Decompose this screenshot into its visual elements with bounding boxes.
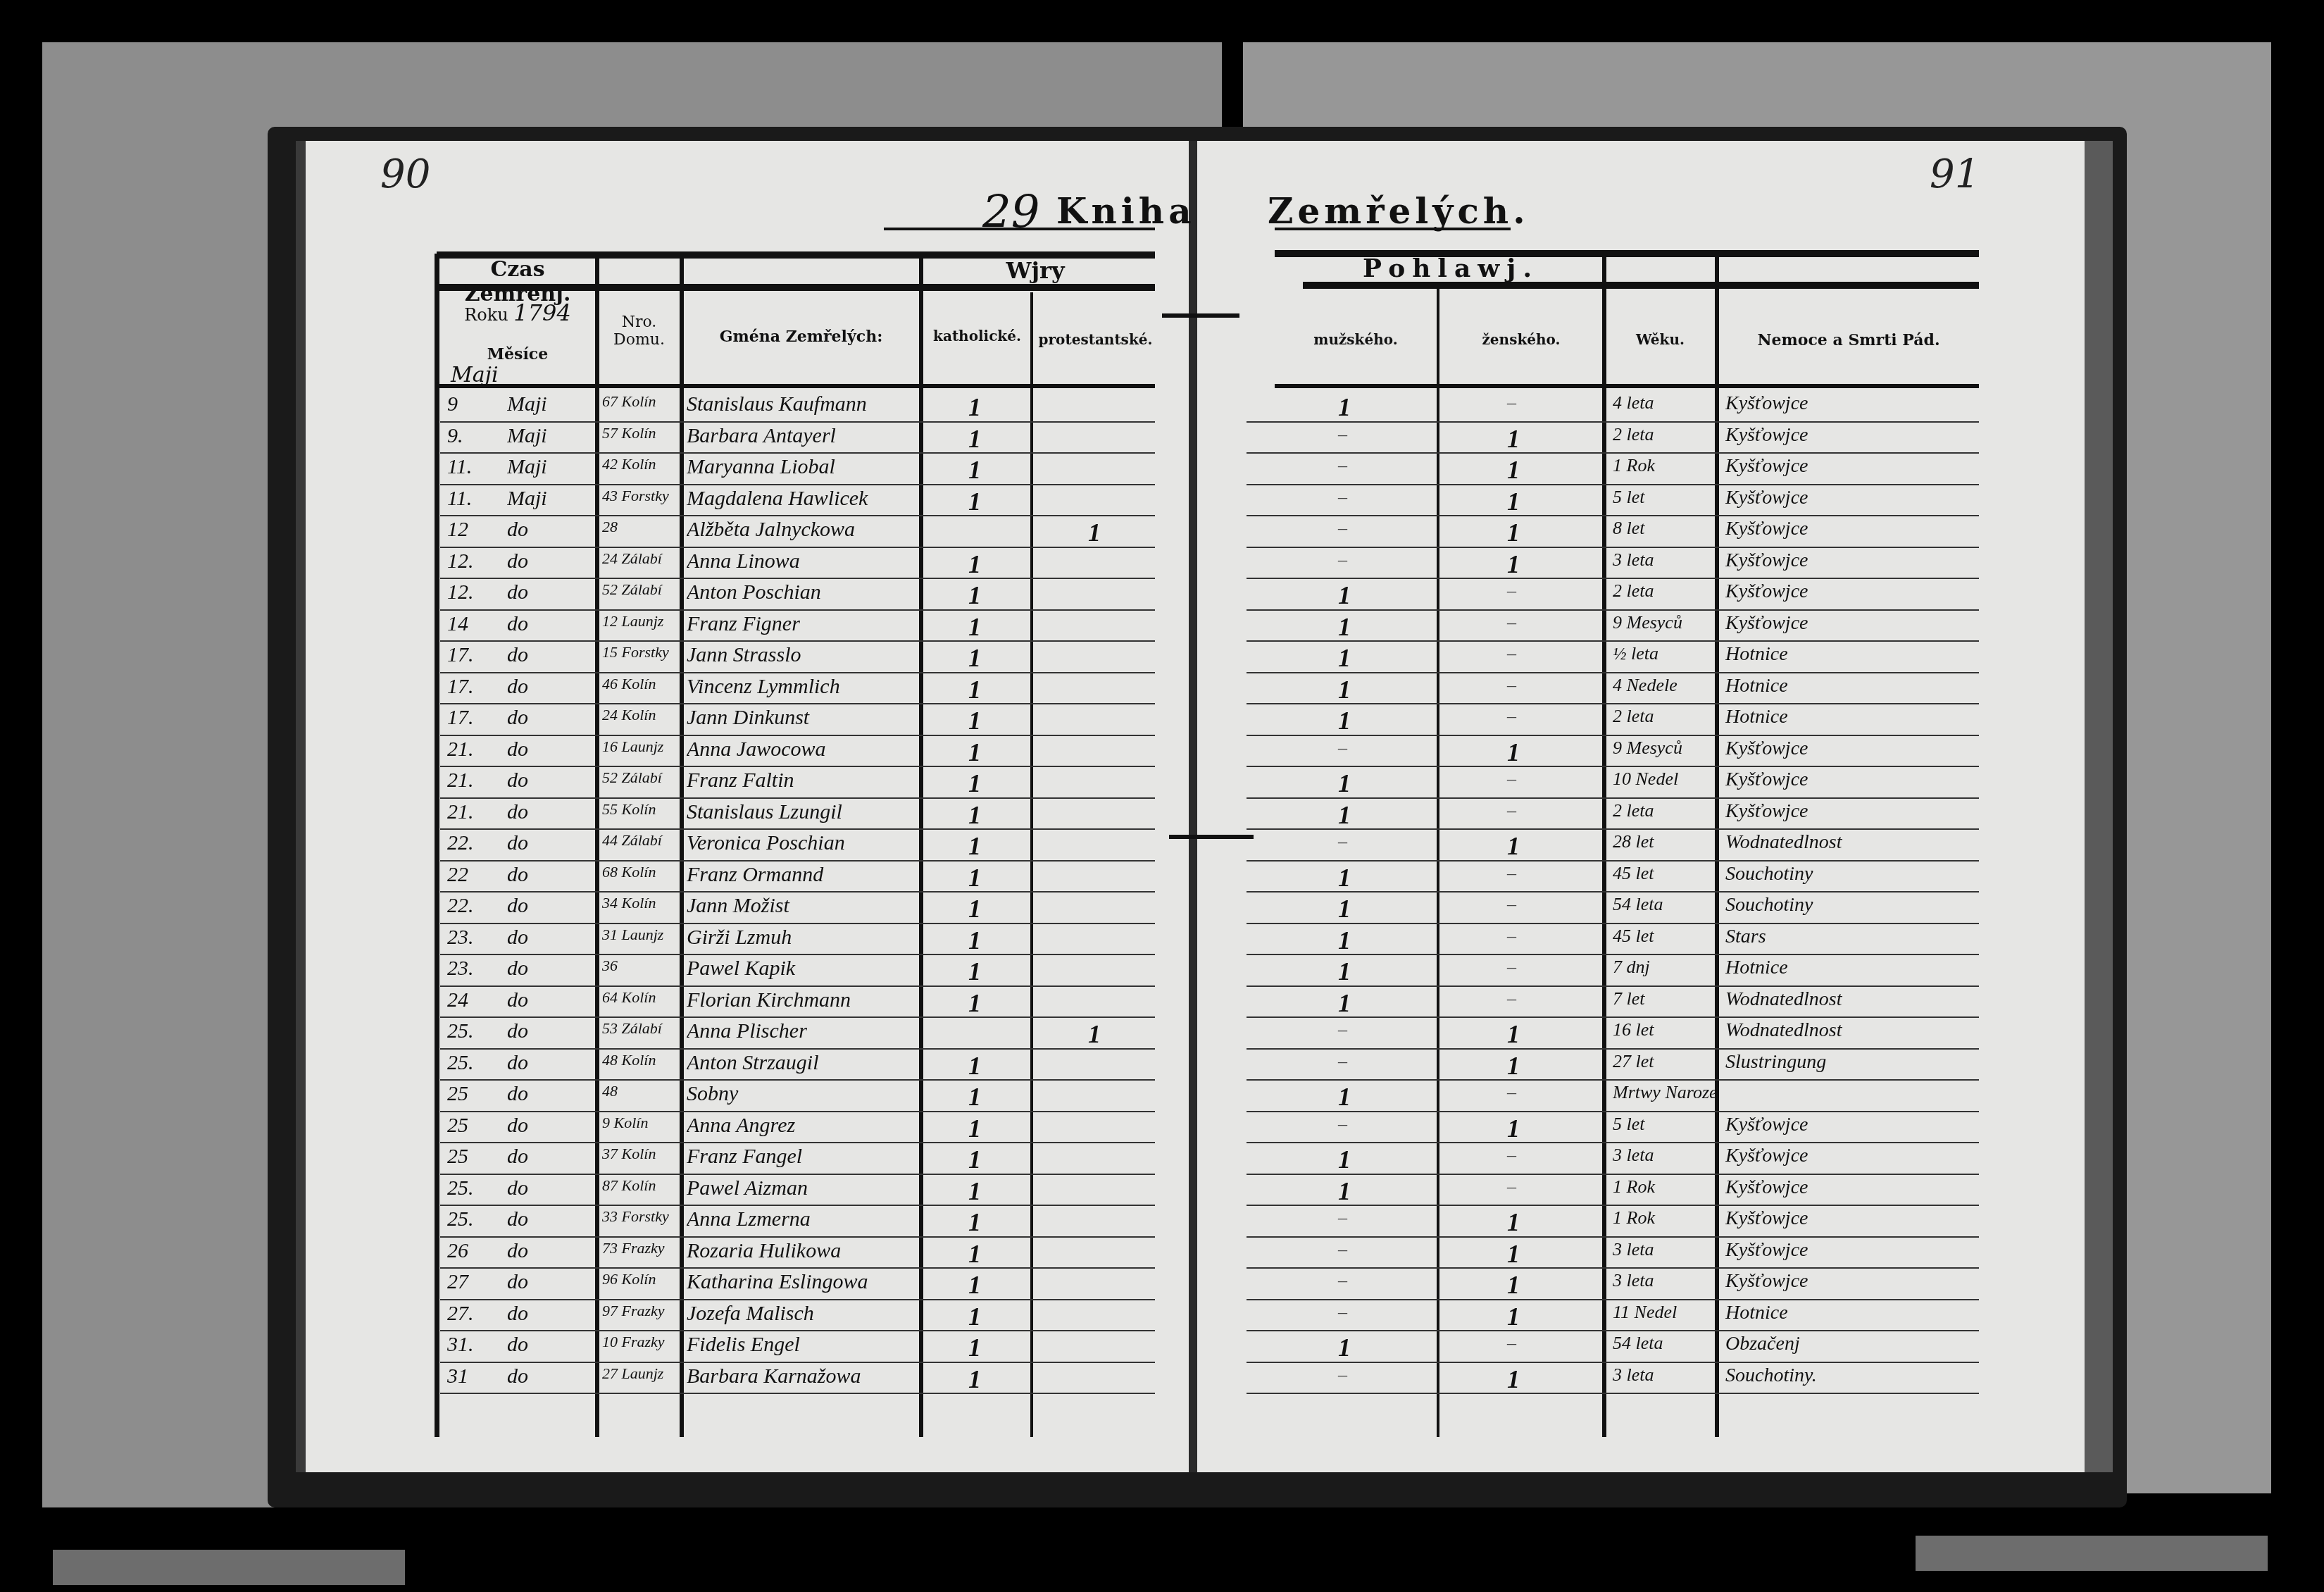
left-table-body-rule (437, 384, 1155, 388)
row-cause: Kyšťowjce (1725, 549, 1965, 572)
col-divider-catholic (919, 254, 923, 1437)
row-cause: Obzačenj (1725, 1333, 1965, 1355)
row-month: Maji (507, 424, 592, 448)
row-rule-left (440, 1267, 1155, 1269)
row-name: Magdalena Hawlicek (687, 487, 919, 511)
row-name: Pawel Aizman (687, 1176, 919, 1200)
row-female-mark: 1 (1507, 831, 1528, 861)
row-male-mark: 1 (1338, 926, 1359, 955)
row-age: 16 let (1613, 1019, 1715, 1040)
row-rule-left (440, 515, 1155, 516)
row-cause: Kyšťowjce (1725, 800, 1965, 823)
row-house: 52 Zálabí (602, 769, 680, 787)
header-month: Měsíce (440, 345, 595, 363)
row-rule-left (440, 828, 1155, 830)
row-house: 96 Kolín (602, 1270, 680, 1288)
row-age: 4 leta (1613, 392, 1715, 413)
header-year: Roku 1794 (440, 299, 595, 326)
row-name: Barbara Karnažowa (687, 1364, 919, 1388)
row-female-mark: – (1507, 643, 1528, 664)
row-rule-left (440, 1299, 1155, 1300)
row-cause: Kyšťowjce (1725, 424, 1965, 447)
row-female-mark: – (1507, 1333, 1528, 1354)
row-male-mark: 1 (1338, 957, 1359, 986)
row-female-mark: 1 (1507, 1364, 1528, 1394)
row-day: 31. (447, 1333, 496, 1357)
row-female-mark: – (1507, 800, 1528, 821)
row-male-mark: – (1338, 1270, 1359, 1291)
row-catholic-mark: 1 (968, 1114, 989, 1143)
row-month: do (507, 1145, 592, 1169)
row-male-mark: – (1338, 831, 1359, 852)
row-rule-right (1247, 1267, 1979, 1269)
row-name: Sobny (687, 1082, 919, 1106)
row-catholic-mark: 1 (968, 455, 989, 485)
row-female-mark: – (1507, 580, 1528, 602)
row-protestant-mark: 1 (1088, 518, 1109, 547)
row-rule-left (440, 1142, 1155, 1143)
row-female-mark: 1 (1507, 518, 1528, 547)
row-day: 17. (447, 643, 496, 667)
row-male-mark: – (1338, 1239, 1359, 1260)
row-male-mark: 1 (1338, 706, 1359, 735)
row-catholic-mark: 1 (968, 612, 989, 642)
row-catholic-mark: 1 (968, 392, 989, 422)
row-name: Florian Kirchmann (687, 988, 919, 1012)
row-name: Anna Angrez (687, 1114, 919, 1138)
binding-thread-middle (1169, 835, 1254, 839)
row-day: 17. (447, 706, 496, 730)
row-rule-left (440, 985, 1155, 987)
row-age: 3 leta (1613, 1239, 1715, 1260)
row-name: Stanislaus Lzungil (687, 800, 919, 824)
row-month: do (507, 863, 592, 887)
row-month: do (507, 894, 592, 918)
row-month: do (507, 769, 592, 792)
row-age: 54 leta (1613, 894, 1715, 915)
row-name: Vincenz Lymmlich (687, 675, 919, 699)
row-house: 24 Kolín (602, 706, 680, 724)
row-name: Barbara Antayerl (687, 424, 919, 448)
row-age: 7 dnj (1613, 957, 1715, 978)
row-female-mark: 1 (1507, 1051, 1528, 1081)
row-name: Girži Lzmuh (687, 926, 919, 950)
row-name: Fidelis Engel (687, 1333, 919, 1357)
row-rule-right (1247, 578, 1979, 579)
year-value: 1794 (513, 299, 570, 326)
row-house: 33 Forstky (602, 1207, 680, 1226)
row-house: 48 Kolín (602, 1051, 680, 1069)
row-age: ½ leta (1613, 643, 1715, 664)
row-age: 1 Rok (1613, 455, 1715, 476)
row-day: 21. (447, 738, 496, 761)
row-day: 25 (447, 1082, 496, 1106)
header-faith: Wjry (919, 257, 1151, 284)
row-house: 16 Launjz (602, 738, 680, 756)
row-age: 3 leta (1613, 1270, 1715, 1291)
row-rule-left (440, 891, 1155, 893)
row-age: 1 Rok (1613, 1176, 1715, 1198)
row-day: 26 (447, 1239, 496, 1263)
row-rule-left (440, 421, 1155, 423)
row-cause: Kyšťowjce (1725, 769, 1965, 791)
row-month: do (507, 518, 592, 542)
row-age: 4 Nedele (1613, 675, 1715, 696)
row-male-mark: 1 (1338, 580, 1359, 610)
row-rule-left (440, 452, 1155, 454)
row-rule-right (1247, 484, 1979, 485)
row-female-mark: 1 (1507, 455, 1528, 485)
row-cause: Hotnice (1725, 706, 1965, 728)
row-cause: Slustringung (1725, 1051, 1965, 1074)
row-rule-right (1247, 452, 1979, 454)
folio-right: 91 (1930, 151, 1980, 197)
header-names: Gména Zemřelých: (683, 328, 919, 346)
row-rule-left (440, 1362, 1155, 1363)
row-day: 11. (447, 487, 496, 511)
row-male-mark: – (1338, 1114, 1359, 1135)
row-rule-right (1247, 1330, 1979, 1331)
row-catholic-mark: 1 (968, 800, 989, 830)
row-male-mark: 1 (1338, 1082, 1359, 1112)
row-day: 25 (447, 1114, 496, 1138)
row-female-mark: – (1507, 926, 1528, 947)
row-female-mark: 1 (1507, 738, 1528, 767)
row-rule-left (440, 703, 1155, 704)
row-day: 27. (447, 1302, 496, 1326)
row-male-mark: 1 (1338, 800, 1359, 830)
row-month: do (507, 957, 592, 981)
row-month: Maji (507, 392, 592, 416)
binding-thread-top (1162, 313, 1239, 318)
row-month: do (507, 1333, 592, 1357)
row-name: Maryanna Liobal (687, 455, 919, 479)
row-house: 67 Kolín (602, 392, 680, 411)
row-rule-right (1247, 1299, 1979, 1300)
row-catholic-mark: 1 (968, 1364, 989, 1394)
row-house: 97 Frazky (602, 1302, 680, 1320)
row-female-mark: 1 (1507, 1239, 1528, 1269)
row-rule-left (440, 797, 1155, 799)
row-name: Jann Dinkunst (687, 706, 919, 730)
row-age: 3 leta (1613, 1364, 1715, 1386)
row-rule-right (1247, 1393, 1979, 1394)
row-rule-left (440, 735, 1155, 736)
row-house: 44 Zálabí (602, 831, 680, 850)
row-month: do (507, 1019, 592, 1043)
row-day: 25. (447, 1019, 496, 1043)
row-female-mark: 1 (1507, 1114, 1528, 1143)
row-catholic-mark: 1 (968, 1270, 989, 1300)
row-rule-left (440, 1111, 1155, 1112)
row-name: Franz Faltin (687, 769, 919, 792)
header-cause: Nemoce a Smrti Pád. (1718, 331, 1979, 349)
row-cause: Kyšťowjce (1725, 580, 1965, 603)
row-age: 27 let (1613, 1051, 1715, 1072)
row-rule-right (1247, 1048, 1979, 1050)
row-day: 12. (447, 580, 496, 604)
col-divider-protestant (1030, 292, 1033, 1437)
row-house: 24 Zálabí (602, 549, 680, 568)
row-rule-right (1247, 547, 1979, 548)
row-rule-right (1247, 766, 1979, 767)
row-age: Mrtwy Narozeno (1613, 1082, 1715, 1103)
row-month: do (507, 988, 592, 1012)
row-cause: Wodnatedlnost (1725, 1019, 1965, 1042)
row-month: do (507, 1176, 592, 1200)
row-name: Franz Fangel (687, 1145, 919, 1169)
row-male-mark: 1 (1338, 675, 1359, 704)
row-name: Franz Figner (687, 612, 919, 636)
row-catholic-mark: 1 (968, 424, 989, 454)
row-rule-left (440, 484, 1155, 485)
row-age: 2 leta (1613, 580, 1715, 602)
row-house: 43 Forstky (602, 487, 680, 505)
row-cause: Kyšťowjce (1725, 1145, 1965, 1167)
row-month: do (507, 1051, 592, 1075)
row-male-mark: 1 (1338, 392, 1359, 422)
row-female-mark: – (1507, 957, 1528, 978)
header-catholic: katholické. (923, 328, 1032, 344)
row-month: do (507, 831, 592, 855)
row-month: Maji (507, 455, 592, 479)
row-age: 54 leta (1613, 1333, 1715, 1354)
row-rule-left (440, 1330, 1155, 1331)
row-month: do (507, 1239, 592, 1263)
row-cause: Wodnatedlnost (1725, 831, 1965, 854)
row-month: do (507, 706, 592, 730)
row-age: 45 let (1613, 926, 1715, 947)
row-house: 73 Frazky (602, 1239, 680, 1257)
row-male-mark: – (1338, 424, 1359, 445)
row-rule-left (440, 923, 1155, 924)
row-male-mark: 1 (1338, 1145, 1359, 1174)
row-protestant-mark: 1 (1088, 1019, 1109, 1049)
row-month: do (507, 612, 592, 636)
row-catholic-mark: 1 (968, 580, 989, 610)
row-male-mark: 1 (1338, 1176, 1359, 1206)
row-catholic-mark: 1 (968, 894, 989, 924)
row-rule-left (440, 578, 1155, 579)
row-catholic-mark: 1 (968, 487, 989, 516)
row-catholic-mark: 1 (968, 1051, 989, 1081)
row-female-mark: – (1507, 706, 1528, 727)
row-rule-left (440, 640, 1155, 642)
row-day: 21. (447, 800, 496, 824)
title-left-word: Kniha (1056, 190, 1196, 232)
scale-ruler-right (1916, 1536, 2268, 1571)
row-female-mark: – (1507, 675, 1528, 696)
row-catholic-mark: 1 (968, 706, 989, 735)
row-cause: Kyšťowjce (1725, 455, 1965, 478)
row-age: 9 Mesyců (1613, 738, 1715, 759)
row-house: 27 Launjz (602, 1364, 680, 1383)
row-rule-right (1247, 1079, 1979, 1081)
row-female-mark: 1 (1507, 487, 1528, 516)
row-house: 28 (602, 518, 680, 536)
row-rule-left (440, 860, 1155, 862)
right-table-body-rule (1275, 384, 1979, 388)
left-table-border (435, 254, 439, 1437)
row-day: 24 (447, 988, 496, 1012)
row-male-mark: – (1338, 455, 1359, 476)
row-catholic-mark: 1 (968, 1082, 989, 1112)
row-cause: Kyšťowjce (1725, 487, 1965, 509)
row-month: do (507, 1302, 592, 1326)
row-rule-left (440, 1205, 1155, 1206)
row-house: 15 Forstky (602, 643, 680, 661)
row-month: do (507, 738, 592, 761)
row-male-mark: 1 (1338, 643, 1359, 673)
row-house: 31 Launjz (602, 926, 680, 944)
row-catholic-mark: 1 (968, 549, 989, 579)
row-age: 3 leta (1613, 1145, 1715, 1166)
row-age: 7 let (1613, 988, 1715, 1009)
row-cause: Hotnice (1725, 643, 1965, 666)
row-female-mark: – (1507, 612, 1528, 633)
row-age: 1 Rok (1613, 1207, 1715, 1229)
row-house: 12 Launjz (602, 612, 680, 630)
row-catholic-mark: 1 (968, 738, 989, 767)
row-house: 64 Kolín (602, 988, 680, 1007)
row-age: 28 let (1613, 831, 1715, 852)
row-cause: Stars (1725, 926, 1965, 948)
row-catholic-mark: 1 (968, 675, 989, 704)
scale-ruler-left (53, 1550, 405, 1585)
row-female-mark: – (1507, 863, 1528, 884)
row-name: Franz Ormannd (687, 863, 919, 887)
row-cause: Kyšťowjce (1725, 392, 1965, 415)
row-rule-left (440, 1174, 1155, 1175)
row-cause: Hotnice (1725, 957, 1965, 979)
row-month: do (507, 1082, 592, 1106)
row-name: Anna Linowa (687, 549, 919, 573)
row-name: Stanislaus Kaufmann (687, 392, 919, 416)
row-rule-right (1247, 1142, 1979, 1143)
row-age: 2 leta (1613, 800, 1715, 821)
row-rule-left (440, 954, 1155, 955)
row-rule-right (1247, 860, 1979, 862)
header-house-no: Nro. Domu. (599, 313, 680, 349)
row-month: do (507, 1364, 592, 1388)
row-day: 9. (447, 424, 496, 448)
row-house: 46 Kolín (602, 675, 680, 693)
row-day: 31 (447, 1364, 496, 1388)
row-day: 9 (447, 392, 496, 416)
row-rule-left (440, 1016, 1155, 1018)
col-divider-female (1437, 289, 1439, 1437)
row-rule-right (1247, 1236, 1979, 1238)
row-catholic-mark: 1 (968, 988, 989, 1018)
row-male-mark: – (1338, 738, 1359, 759)
row-day: 23. (447, 926, 496, 950)
row-house: 10 Frazky (602, 1333, 680, 1351)
row-house: 34 Kolín (602, 894, 680, 912)
row-name: Anna Jawocowa (687, 738, 919, 761)
row-male-mark: – (1338, 1019, 1359, 1040)
header-age: Wěku. (1606, 331, 1715, 348)
row-cause: Kyšťowjce (1725, 1176, 1965, 1199)
row-house: 87 Kolín (602, 1176, 680, 1195)
row-cause: Kyšťowjce (1725, 738, 1965, 760)
row-day: 23. (447, 957, 496, 981)
header-sex: Pohlawj. (1303, 254, 1599, 283)
book-number: 29 (982, 187, 1039, 239)
row-house: 48 (602, 1082, 680, 1100)
header-month-value: Maji (451, 363, 521, 387)
row-house: 9 Kolín (602, 1114, 680, 1132)
col-divider-name (680, 254, 684, 1437)
row-catholic-mark: 1 (968, 863, 989, 893)
row-male-mark: – (1338, 549, 1359, 571)
row-rule-left (440, 1236, 1155, 1238)
row-female-mark: 1 (1507, 1302, 1528, 1331)
row-catholic-mark: 1 (968, 1145, 989, 1174)
row-age: 2 leta (1613, 424, 1715, 445)
row-day: 22 (447, 863, 496, 887)
row-cause: Hotnice (1725, 1302, 1965, 1324)
row-day: 17. (447, 675, 496, 699)
row-catholic-mark: 1 (968, 1302, 989, 1331)
header-protestant: protestantské. (1034, 331, 1157, 348)
title-underline-right (1275, 228, 1511, 230)
row-catholic-mark: 1 (968, 1176, 989, 1206)
row-day: 21. (447, 769, 496, 792)
row-month: do (507, 675, 592, 699)
row-name: Jann Možist (687, 894, 919, 918)
row-cause: Wodnatedlnost (1725, 988, 1965, 1011)
row-catholic-mark: 1 (968, 643, 989, 673)
row-age: 45 let (1613, 863, 1715, 884)
row-female-mark: – (1507, 769, 1528, 790)
row-catholic-mark: 1 (968, 926, 989, 955)
row-female-mark: 1 (1507, 424, 1528, 454)
row-day: 22. (447, 831, 496, 855)
row-cause: Hotnice (1725, 675, 1965, 697)
row-female-mark: – (1507, 988, 1528, 1009)
title-right-word: Zemřelých. (1268, 190, 1530, 232)
row-catholic-mark: 1 (968, 1207, 989, 1237)
row-house: 68 Kolín (602, 863, 680, 881)
row-male-mark: – (1338, 487, 1359, 508)
col-divider-cause (1715, 254, 1719, 1437)
row-male-mark: – (1338, 1364, 1359, 1386)
row-catholic-mark: 1 (968, 1239, 989, 1269)
row-month: do (507, 580, 592, 604)
row-catholic-mark: 1 (968, 1333, 989, 1362)
year-label: Roku (464, 305, 508, 325)
row-day: 25. (447, 1176, 496, 1200)
row-female-mark: – (1507, 1145, 1528, 1166)
row-age: 2 leta (1613, 706, 1715, 727)
row-female-mark: – (1507, 392, 1528, 413)
row-month: Maji (507, 487, 592, 511)
row-rule-left (440, 766, 1155, 767)
row-rule-left (440, 1079, 1155, 1081)
row-male-mark: 1 (1338, 988, 1359, 1018)
row-month: do (507, 643, 592, 667)
row-day: 12. (447, 549, 496, 573)
row-day: 25. (447, 1207, 496, 1231)
row-age: 5 let (1613, 487, 1715, 508)
header-male: mužského. (1275, 331, 1437, 348)
row-rule-left (440, 609, 1155, 611)
row-name: Veronica Poschian (687, 831, 919, 855)
row-cause: Kyšťowjce (1725, 1114, 1965, 1136)
row-catholic-mark: 1 (968, 957, 989, 986)
row-female-mark: – (1507, 1176, 1528, 1198)
row-house: 57 Kolín (602, 424, 680, 442)
